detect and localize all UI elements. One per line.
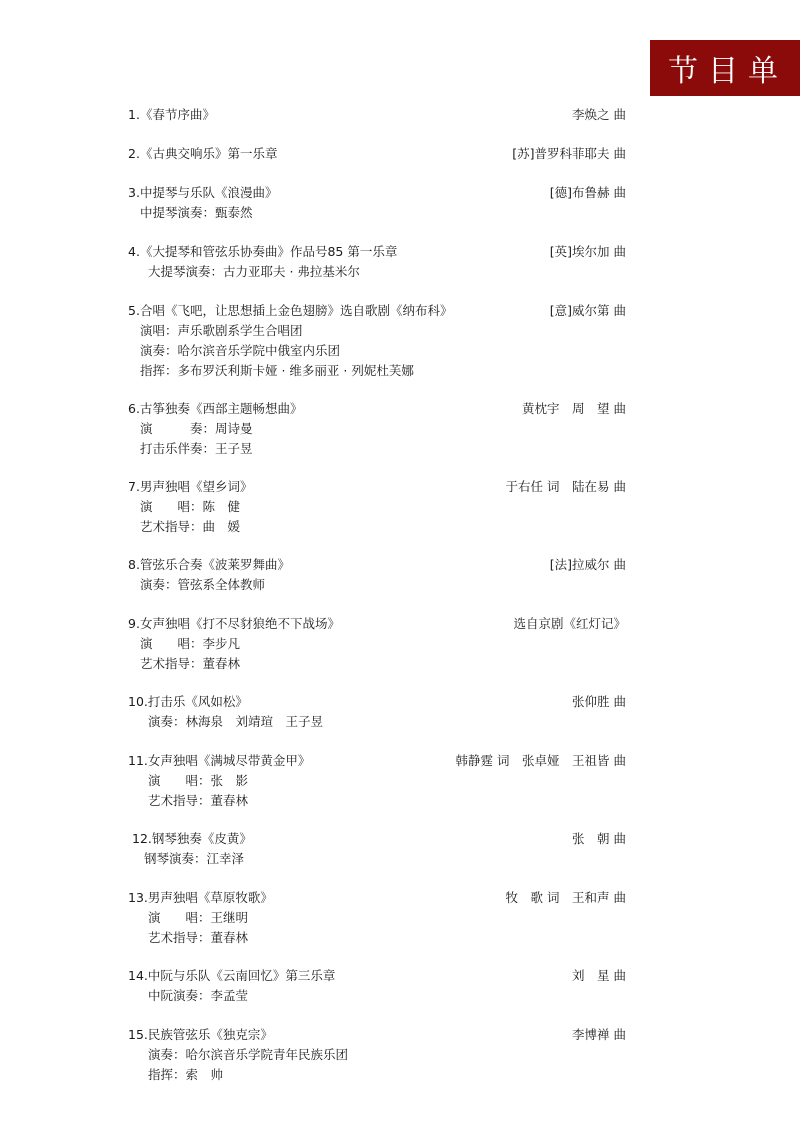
item-composer: 于右任 词 陆在易 曲 bbox=[506, 477, 626, 497]
performer-line: 演奏：林海泉 刘靖瑄 王子昱 bbox=[128, 712, 626, 732]
item-title: 5.合唱《飞吧，让思想插上金色翅膀》选自歌剧《纳布科》 bbox=[128, 301, 452, 321]
performer-line: 演奏：哈尔滨音乐学院青年民族乐团 bbox=[128, 1045, 626, 1065]
performer-line: 演 唱：王继明 bbox=[128, 908, 626, 928]
performer-line: 艺术指导：曲 媛 bbox=[128, 517, 626, 537]
item-title: 14.中阮与乐队《云南回忆》第三乐章 bbox=[128, 966, 335, 986]
performer-line: 指挥：索 帅 bbox=[128, 1065, 626, 1085]
item-composer: 李焕之 曲 bbox=[572, 105, 626, 125]
program-item: 15.民族管弦乐《独克宗》李博禅 曲 演奏：哈尔滨音乐学院青年民族乐团 指挥：索… bbox=[128, 1025, 626, 1085]
performer-line: 钢琴演奏：江幸泽 bbox=[132, 849, 626, 869]
item-title: 11.女声独唱《满城尽带黄金甲》 bbox=[128, 751, 310, 771]
item-composer: 张仰胜 曲 bbox=[572, 692, 626, 712]
performer-line: 演 唱：李步凡 bbox=[128, 634, 626, 654]
item-composer: 选自京剧《红灯记》 bbox=[513, 614, 626, 634]
item-title: 8.管弦乐合奏《波莱罗舞曲》 bbox=[128, 555, 290, 575]
item-title: 4.《大提琴和管弦乐协奏曲》作品号85 第一乐章 bbox=[128, 242, 397, 262]
item-composer: 张 朝 曲 bbox=[572, 829, 626, 849]
item-title: 10.打击乐《风如松》 bbox=[128, 692, 248, 712]
program-item: 2.《古典交响乐》第一乐章[苏]普罗科菲耶夫 曲 bbox=[128, 144, 626, 164]
performer-line: 艺术指导：董春林 bbox=[128, 791, 626, 811]
item-composer: 韩静霆 词 张卓娅 王祖皆 曲 bbox=[456, 751, 626, 771]
performer-line: 演唱：声乐歌剧系学生合唱团 bbox=[128, 321, 626, 341]
program-item: 9.女声独唱《打不尽豺狼绝不下战场》选自京剧《红灯记》 演 唱：李步凡 艺术指导… bbox=[128, 614, 626, 674]
program-item: 3.中提琴与乐队《浪漫曲》[德]布鲁赫 曲 中提琴演奏：甄泰然 bbox=[128, 183, 626, 223]
program-item: 12.钢琴独奏《皮黄》张 朝 曲 钢琴演奏：江幸泽 bbox=[132, 829, 626, 869]
item-composer: [德]布鲁赫 曲 bbox=[550, 183, 626, 203]
program-item: 1.《春节序曲》李焕之 曲 bbox=[128, 105, 626, 125]
performer-line: 演 奏：周诗曼 bbox=[128, 419, 626, 439]
performer-line: 演奏：管弦系全体教师 bbox=[128, 575, 626, 595]
performer-line: 中提琴演奏：甄泰然 bbox=[128, 203, 626, 223]
item-composer: 牧 歌 词 王和声 曲 bbox=[506, 888, 626, 908]
program-item: 14.中阮与乐队《云南回忆》第三乐章刘 星 曲 中阮演奏：李孟莹 bbox=[128, 966, 626, 1006]
performer-line: 大提琴演奏：古力亚耶夫 · 弗拉基米尔 bbox=[128, 262, 626, 282]
item-composer: [法]拉威尔 曲 bbox=[550, 555, 626, 575]
performer-line: 打击乐伴奏：王子昱 bbox=[128, 439, 626, 459]
program-item: 8.管弦乐合奏《波莱罗舞曲》[法]拉威尔 曲 演奏：管弦系全体教师 bbox=[128, 555, 626, 595]
performer-line: 指挥：多布罗沃利斯卡娅 · 维多丽亚 · 列妮杜芙娜 bbox=[128, 361, 626, 381]
item-composer: 刘 星 曲 bbox=[572, 966, 626, 986]
program-item: 13.男声独唱《草原牧歌》牧 歌 词 王和声 曲 演 唱：王继明 艺术指导：董春… bbox=[128, 888, 626, 948]
performer-line: 演 唱：陈 健 bbox=[128, 497, 626, 517]
item-composer: 黄枕宇 周 望 曲 bbox=[522, 399, 626, 419]
item-composer: 李博禅 曲 bbox=[572, 1025, 626, 1045]
program-item: 11.女声独唱《满城尽带黄金甲》韩静霆 词 张卓娅 王祖皆 曲 演 唱：张 影 … bbox=[128, 751, 626, 811]
item-composer: [苏]普罗科菲耶夫 曲 bbox=[512, 144, 626, 164]
program-item: 4.《大提琴和管弦乐协奏曲》作品号85 第一乐章[英]埃尔加 曲 大提琴演奏：古… bbox=[128, 242, 626, 282]
program-item: 5.合唱《飞吧，让思想插上金色翅膀》选自歌剧《纳布科》[意]威尔第 曲 演唱：声… bbox=[128, 301, 626, 381]
performer-line: 艺术指导：董春林 bbox=[128, 928, 626, 948]
page-title: 节目单 bbox=[668, 46, 788, 90]
item-title: 1.《春节序曲》 bbox=[128, 105, 215, 125]
item-title: 9.女声独唱《打不尽豺狼绝不下战场》 bbox=[128, 614, 340, 634]
program-item: 7.男声独唱《望乡词》于右任 词 陆在易 曲 演 唱：陈 健 艺术指导：曲 媛 bbox=[128, 477, 626, 537]
program-item: 10.打击乐《风如松》张仰胜 曲 演奏：林海泉 刘靖瑄 王子昱 bbox=[128, 692, 626, 732]
item-title: 12.钢琴独奏《皮黄》 bbox=[132, 829, 252, 849]
item-title: 13.男声独唱《草原牧歌》 bbox=[128, 888, 273, 908]
item-title: 2.《古典交响乐》第一乐章 bbox=[128, 144, 277, 164]
performer-line: 演奏：哈尔滨音乐学院中俄室内乐团 bbox=[128, 341, 626, 361]
item-composer: [英]埃尔加 曲 bbox=[550, 242, 626, 262]
program-header: 节目单 bbox=[650, 40, 800, 96]
item-title: 6.古筝独奏《西部主题畅想曲》 bbox=[128, 399, 302, 419]
program-item: 6.古筝独奏《西部主题畅想曲》黄枕宇 周 望 曲 演 奏：周诗曼 打击乐伴奏：王… bbox=[128, 399, 626, 459]
performer-line: 艺术指导：董春林 bbox=[128, 654, 626, 674]
performer-line: 演 唱：张 影 bbox=[128, 771, 626, 791]
item-title: 3.中提琴与乐队《浪漫曲》 bbox=[128, 183, 277, 203]
item-title: 15.民族管弦乐《独克宗》 bbox=[128, 1025, 273, 1045]
item-title: 7.男声独唱《望乡词》 bbox=[128, 477, 252, 497]
performer-line: 中阮演奏：李孟莹 bbox=[128, 986, 626, 1006]
item-composer: [意]威尔第 曲 bbox=[550, 301, 626, 321]
